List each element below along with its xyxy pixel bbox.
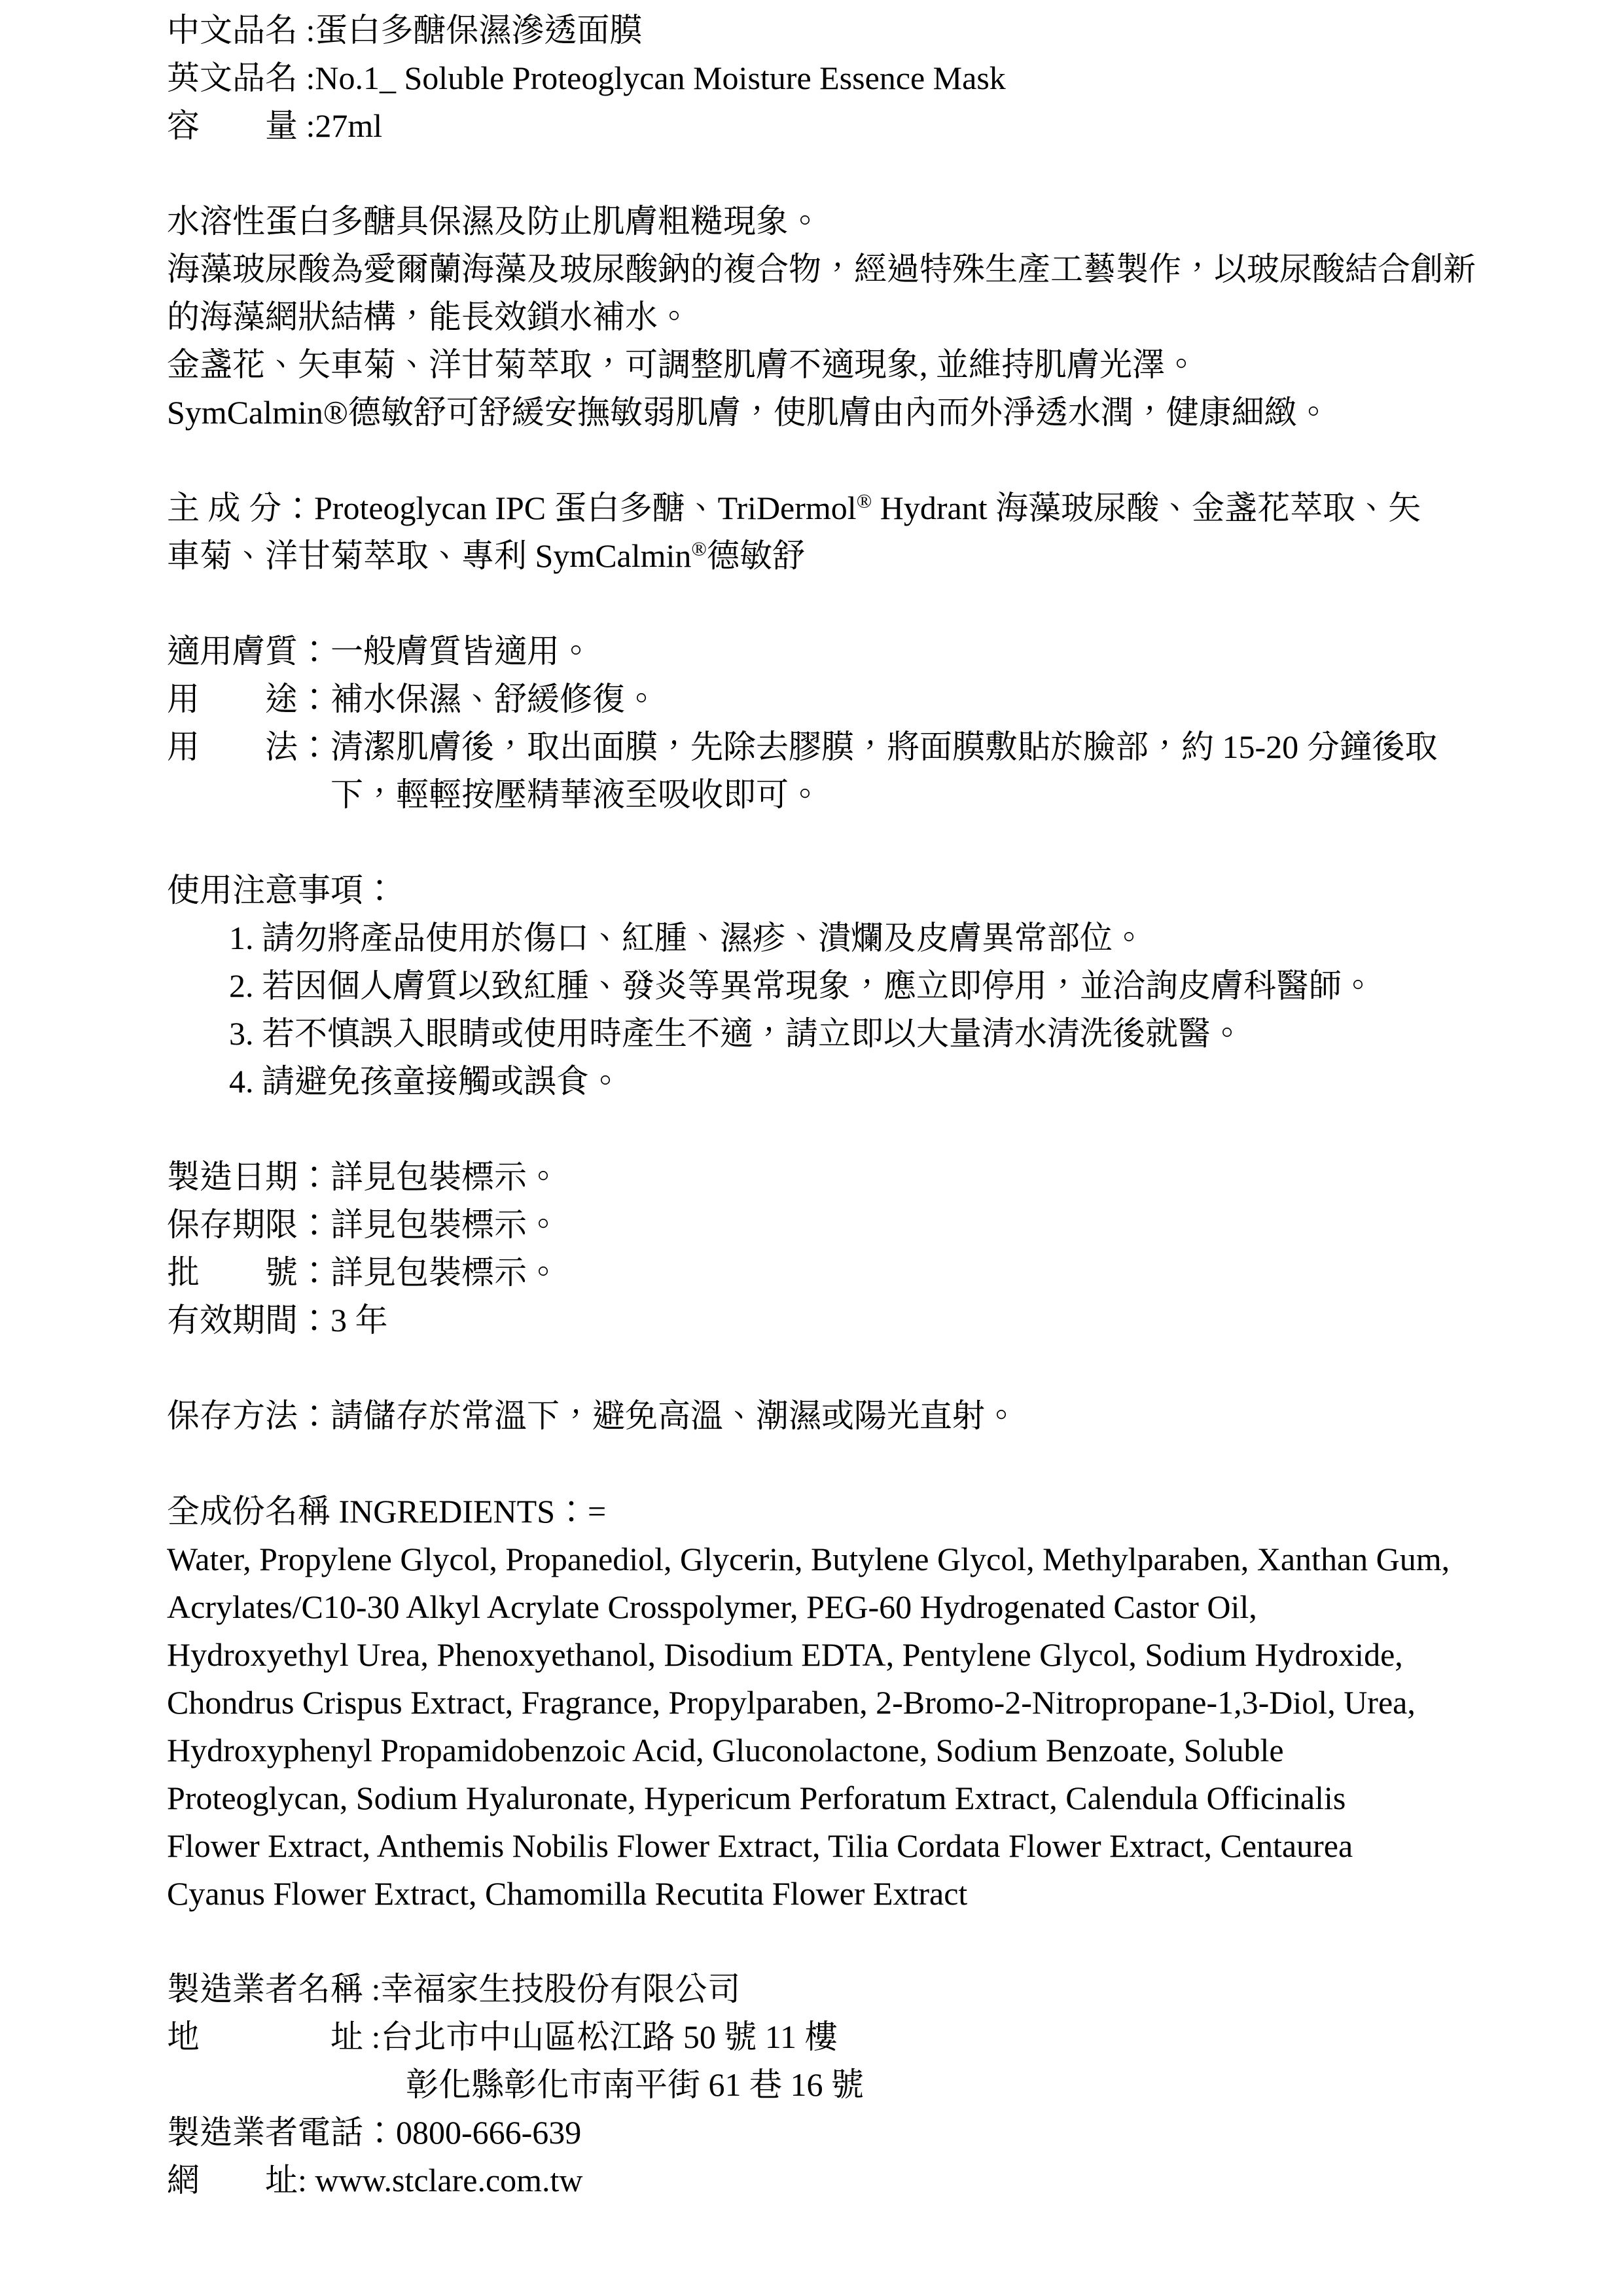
batch-no-line: 批 號：詳見包裝標示。 [167, 1249, 1456, 1297]
blank-line [167, 1105, 1456, 1153]
precaution-item-3: 3. 若不慎誤入眼睛或使用時產生不適，請立即以大量清水清洗後就醫。 [167, 1010, 1456, 1058]
method-line-1: 用 法：清潔肌膚後，取出面膜，先除去膠膜，將面膜敷貼於臉部，約 15-20 分鐘… [167, 723, 1456, 771]
skin-type-line: 適用膚質：一般膚質皆適用。 [167, 628, 1456, 675]
blank-line [167, 437, 1456, 484]
main-ingredients-l1-tail: Hydrant 海藻玻尿酸、金盞花萃取、矢 [872, 490, 1421, 526]
shelf-life-line: 保存期限：詳見包裝標示。 [167, 1201, 1456, 1249]
main-ingredients-line-1: 主 成 分：Proteoglycan IPC 蛋白多醣、TriDermol® H… [167, 484, 1456, 532]
en-product-name-line: 英文品名 :No.1_ Soluble Proteoglycan Moistur… [167, 54, 1456, 102]
main-ingredients-l1-text: 主 成 分：Proteoglycan IPC 蛋白多醣、TriDermol [167, 490, 857, 526]
registered-mark-icon: ® [691, 537, 707, 560]
ingredients-line-6: Proteoglycan, Sodium Hyaluronate, Hyperi… [167, 1774, 1456, 1822]
description-line-2: 海藻玻尿酸為愛爾蘭海藻及玻尿酸鈉的複合物，經過特殊生產工藝製作，以玻尿酸結合創新 [167, 245, 1456, 293]
product-spec-document: 中文品名 :蛋白多醣保濕滲透面膜 英文品名 :No.1_ Soluble Pro… [0, 0, 1623, 2296]
registered-mark-icon: ® [857, 489, 872, 512]
precaution-item-4: 4. 請避免孩童接觸或誤食。 [167, 1058, 1456, 1105]
mfg-date-line: 製造日期：詳見包裝標示。 [167, 1153, 1456, 1201]
ingredients-line-5: Hydroxyphenyl Propamidobenzoic Acid, Glu… [167, 1727, 1456, 1774]
manufacturer-phone-line: 製造業者電話：0800-666-639 [167, 2109, 1456, 2157]
precaution-item-1: 1. 請勿將產品使用於傷口、紅腫、濕疹、潰爛及皮膚異常部位。 [167, 914, 1456, 962]
ingredients-line-8: Cyanus Flower Extract, Chamomilla Recuti… [167, 1870, 1456, 1918]
manufacturer-address-line-1: 地 址 :台北市中山區松江路 50 號 11 樓 [167, 2013, 1456, 2061]
purpose-line: 用 途：補水保濕、舒緩修復。 [167, 675, 1456, 723]
ingredients-line-4: Chondrus Crispus Extract, Fragrance, Pro… [167, 1679, 1456, 1727]
ingredients-line-7: Flower Extract, Anthemis Nobilis Flower … [167, 1822, 1456, 1870]
main-ingredients-line-2: 車菊、洋甘菊萃取、專利 SymCalmin®德敏舒 [167, 532, 1456, 580]
ingredients-line-2: Acrylates/C10-30 Alkyl Acrylate Crosspol… [167, 1583, 1456, 1631]
ingredients-title: 全成份名稱 INGREDIENTS：= [167, 1488, 1456, 1535]
precautions-title: 使用注意事項： [167, 867, 1456, 914]
blank-line [167, 819, 1456, 867]
ingredients-line-3: Hydroxyethyl Urea, Phenoxyethanol, Disod… [167, 1631, 1456, 1679]
main-ingredients-l2-text: 車菊、洋甘菊萃取、專利 SymCalmin [167, 537, 691, 574]
method-line-2: 下，輕輕按壓精華液至吸收即可。 [167, 771, 1456, 819]
storage-line: 保存方法：請儲存於常溫下，避免高溫、潮濕或陽光直射。 [167, 1392, 1456, 1440]
blank-line [167, 1344, 1456, 1392]
description-line-1: 水溶性蛋白多醣具保濕及防止肌膚粗糙現象。 [167, 198, 1456, 245]
description-line-4: 金盞花、矢車菊、洋甘菊萃取，可調整肌膚不適現象, 並維持肌膚光澤。 [167, 341, 1456, 389]
manufacturer-website-line: 網 址: www.stclare.com.tw [167, 2157, 1456, 2204]
manufacturer-name-line: 製造業者名稱 :幸福家生技股份有限公司 [167, 1965, 1456, 2013]
blank-line [167, 580, 1456, 628]
manufacturer-address-line-2: 彰化縣彰化市南平街 61 巷 16 號 [167, 2061, 1456, 2109]
description-line-5: SymCalmin®德敏舒可舒緩安撫敏弱肌膚，使肌膚由內而外淨透水潤，健康細緻。 [167, 389, 1456, 437]
blank-line [167, 150, 1456, 198]
cn-product-name-line: 中文品名 :蛋白多醣保濕滲透面膜 [167, 7, 1456, 54]
description-line-3: 的海藻網狀結構，能長效鎖水補水。 [167, 293, 1456, 341]
blank-line [167, 1918, 1456, 1965]
validity-line: 有效期間：3 年 [167, 1297, 1456, 1344]
main-ingredients-l2-tail: 德敏舒 [707, 537, 805, 574]
ingredients-line-1: Water, Propylene Glycol, Propanediol, Gl… [167, 1535, 1456, 1583]
blank-line [167, 1440, 1456, 1488]
volume-line: 容 量 :27ml [167, 102, 1456, 150]
precaution-item-2: 2. 若因個人膚質以致紅腫、發炎等異常現象，應立即停用，並洽詢皮膚科醫師。 [167, 962, 1456, 1010]
